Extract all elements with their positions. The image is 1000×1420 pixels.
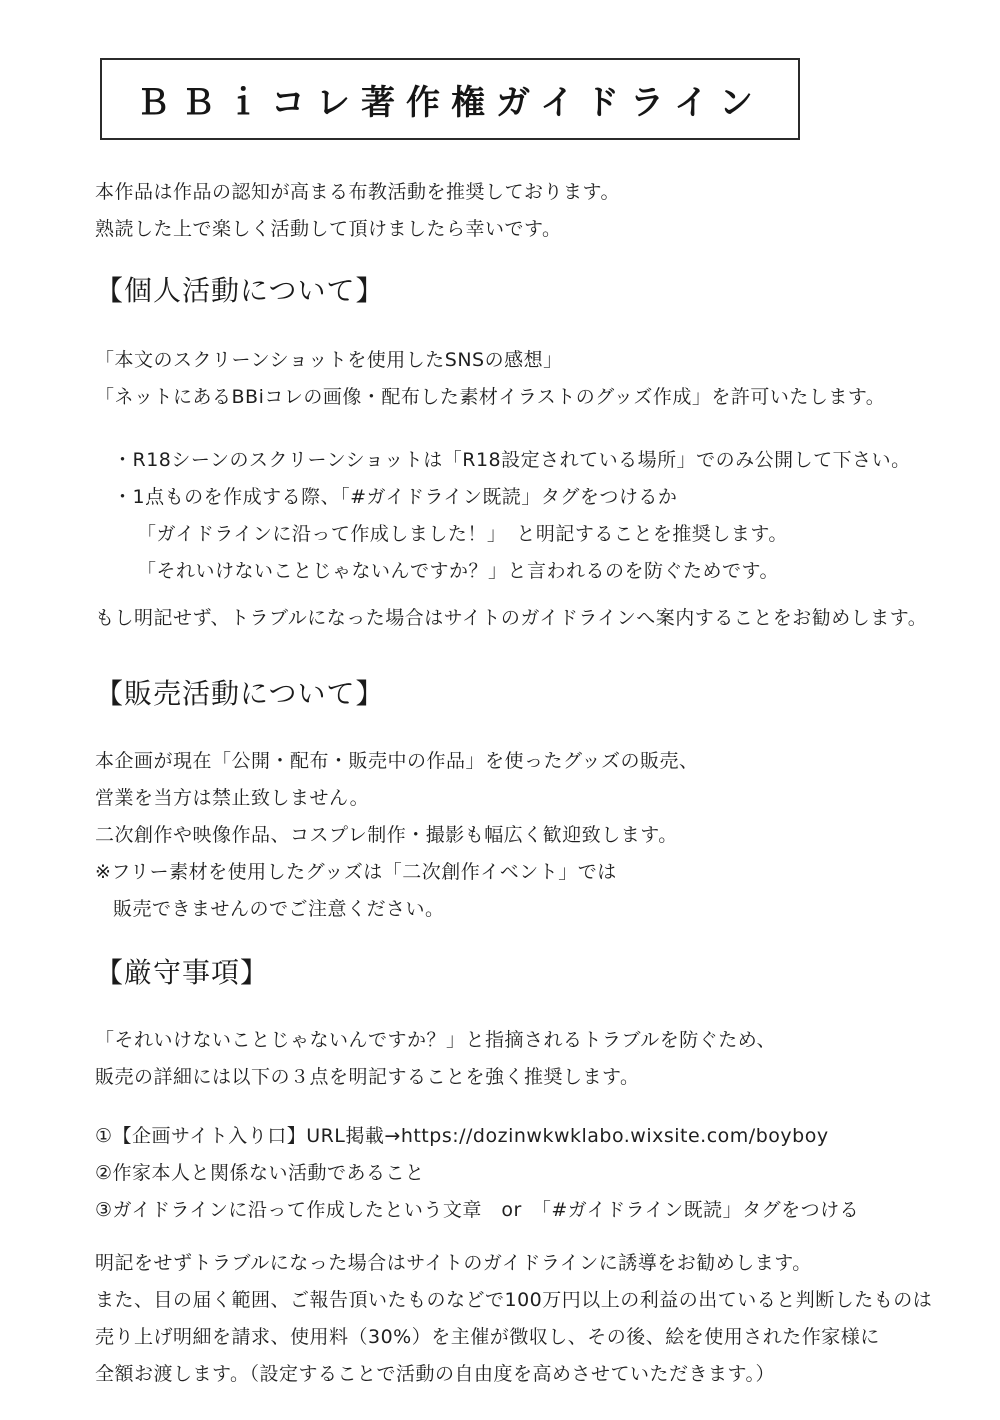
section-heading-sales-activity: 【販売活動について】 [95, 673, 945, 715]
sales-paragraph: 本企画が現在「公開・配布・販売中の作品」を使ったグッズの販売、 営業を当方は禁止… [95, 743, 945, 928]
rules-intro-paragraph: 「それいけないことじゃないんですか？」と指摘されるトラブルを防ぐため、 販売の詳… [95, 1022, 945, 1096]
closing-line: また、目の届く範囲、ご報告頂いたものなどで100万円以上の利益の出ていると判断し… [95, 1282, 945, 1319]
intro-line: 熟読した上で楽しく活動して頂けましたら幸いです。 [95, 211, 945, 248]
rules-item-3: ③ガイドラインに沿って作成したという文章 or 「#ガイドライン既読」タグをつけ… [95, 1192, 945, 1229]
bullet-item: ・R18シーンのスクリーンショットは「R18設定されている場所」でのみ公開して下… [95, 442, 945, 479]
sales-line: 二次創作や映像作品、コスプレ制作・撮影も幅広く歓迎致します。 [95, 817, 945, 854]
rules-item-2: ②作家本人と関係ない活動であること [95, 1155, 945, 1192]
intro-line: 本作品は作品の認知が高まる布教活動を推奨しております。 [95, 174, 945, 211]
bullet-continuation: 「それいけないことじゃないんですか？」と言われるのを防ぐためです。 [95, 553, 945, 590]
rules-intro-line: 販売の詳細には以下の３点を明記することを強く推奨します。 [95, 1059, 945, 1096]
closing-line: 明記をせずトラブルになった場合はサイトのガイドラインに誘導をお勧めします。 [95, 1245, 945, 1282]
intro-paragraph: 本作品は作品の認知が高まる布教活動を推奨しております。 熟読した上で楽しく活動し… [95, 174, 945, 248]
document-title-box: ＢＢｉコレ著作権ガイドライン [100, 58, 800, 140]
rules-closing-paragraph: 明記をせずトラブルになった場合はサイトのガイドラインに誘導をお勧めします。 また… [95, 1245, 945, 1393]
bullet-continuation: 「ガイドラインに沿って作成しました！」 と明記することを推奨します。 [95, 516, 945, 553]
personal-note: もし明記せず、トラブルになった場合はサイトのガイドラインへ案内することをお勧めし… [95, 600, 945, 637]
rules-numbered-list: ①【企画サイト入り口】URL掲載→https://dozinwkwklabo.w… [95, 1118, 945, 1229]
rules-item-1: ①【企画サイト入り口】URL掲載→https://dozinwkwklabo.w… [95, 1118, 945, 1155]
sales-line: ※フリー素材を使用したグッズは「二次創作イベント」では [95, 854, 945, 891]
personal-bullet-list: ・R18シーンのスクリーンショットは「R18設定されている場所」でのみ公開して下… [95, 442, 945, 590]
sales-line-indented: 販売できませんのでご注意ください。 [95, 891, 945, 928]
section-heading-strict-rules: 【厳守事項】 [95, 952, 945, 994]
rules-intro-line: 「それいけないことじゃないんですか？」と指摘されるトラブルを防ぐため、 [95, 1022, 945, 1059]
closing-line: 全額お渡します。（設定することで活動の自由度を高めさせていただきます。） [95, 1356, 945, 1393]
closing-line: 売り上げ明細を請求、使用料（30%）を主催が徴収し、その後、絵を使用された作家様… [95, 1319, 945, 1356]
sales-line: 本企画が現在「公開・配布・販売中の作品」を使ったグッズの販売、 [95, 743, 945, 780]
section-heading-personal-activity: 【個人活動について】 [95, 270, 945, 312]
bullet-item: ・1点ものを作成する際、「#ガイドライン既読」タグをつけるか [95, 479, 945, 516]
document-body: 本作品は作品の認知が高まる布教活動を推奨しております。 熟読した上で楽しく活動し… [0, 174, 1000, 1393]
permit-line: 「ネットにあるBBiコレの画像・配布した素材イラストのグッズ作成」を許可いたしま… [95, 379, 945, 416]
sales-line: 営業を当方は禁止致しません。 [95, 780, 945, 817]
permit-line: 「本文のスクリーンショットを使用したSNSの感想」 [95, 342, 945, 379]
personal-permit-paragraph: 「本文のスクリーンショットを使用したSNSの感想」 「ネットにあるBBiコレの画… [95, 342, 945, 416]
document-title: ＢＢｉコレ著作権ガイドライン [136, 75, 764, 124]
